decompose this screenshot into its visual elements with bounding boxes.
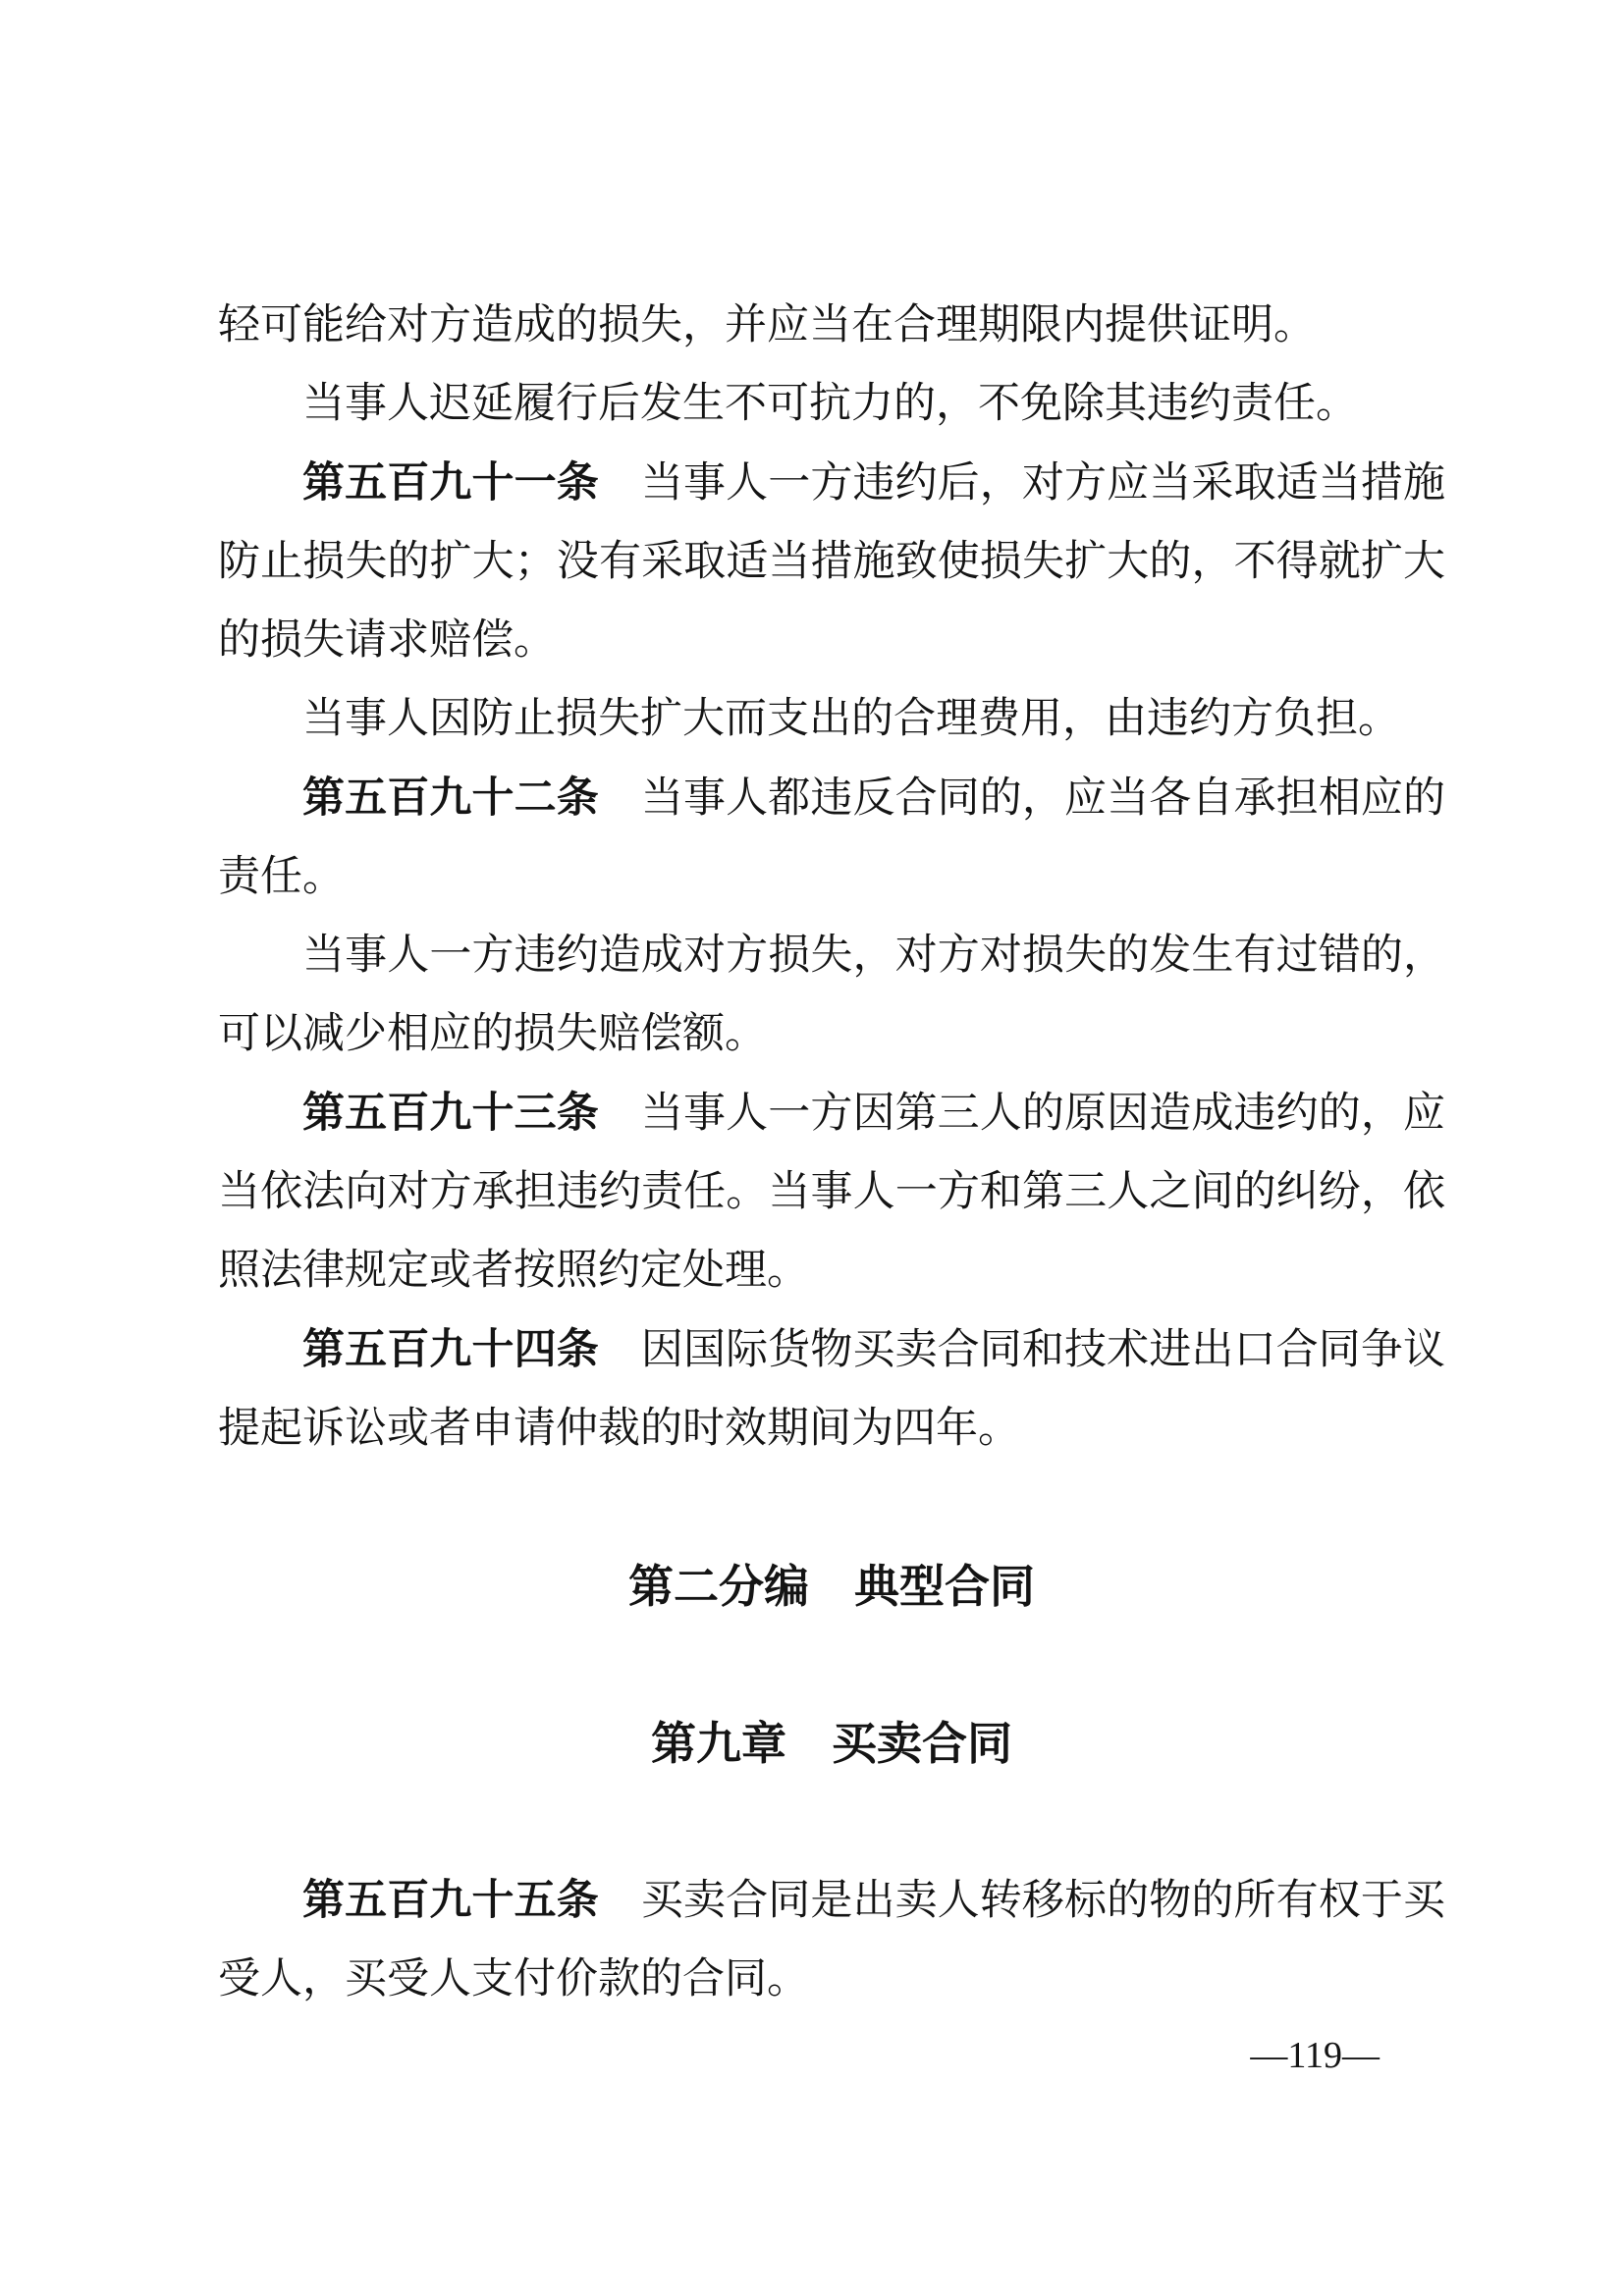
part-heading: 第二分编 典型合同 <box>218 1547 1445 1626</box>
page: 轻可能给对方造成的损失，并应当在合理期限内提供证明。 当事人迟延履行后发生不可抗… <box>0 0 1624 2296</box>
article-591-number: 第五百九十一条 <box>302 459 599 507</box>
paragraph-force-majeure: 当事人迟延履行后发生不可抗力的，不免除其违约责任。 <box>218 365 1445 444</box>
article-594-number: 第五百九十四条 <box>302 1326 599 1373</box>
article-592: 第五百九十二条当事人都违反合同的，应当各自承担相应的责任。 <box>218 759 1445 917</box>
paragraph-continuation: 轻可能给对方造成的损失，并应当在合理期限内提供证明。 <box>218 287 1445 365</box>
article-594: 第五百九十四条因国际货物买卖合同和技术进出口合同争议提起诉讼或者申请仲裁的时效期… <box>218 1310 1445 1468</box>
paragraph-591-2: 当事人因防止损失扩大而支出的合理费用，由违约方负担。 <box>218 680 1445 759</box>
document-body: 轻可能给对方造成的损失，并应当在合理期限内提供证明。 当事人迟延履行后发生不可抗… <box>218 0 1445 2019</box>
paragraph-592-2: 当事人一方违约造成对方损失，对方对损失的发生有过错的，可以减少相应的损失赔偿额。 <box>218 917 1445 1074</box>
chapter-heading: 第九章 买卖合同 <box>218 1704 1445 1783</box>
article-592-number: 第五百九十二条 <box>302 774 599 822</box>
article-591: 第五百九十一条当事人一方违约后，对方应当采取适当措施防止损失的扩大；没有采取适当… <box>218 444 1445 680</box>
article-593: 第五百九十三条当事人一方因第三人的原因造成违约的，应当依法向对方承担违约责任。当… <box>218 1074 1445 1310</box>
article-595: 第五百九十五条买卖合同是出卖人转移标的物的所有权于买受人，买受人支付价款的合同。 <box>218 1861 1445 2019</box>
article-593-number: 第五百九十三条 <box>302 1090 599 1137</box>
page-number: —119— <box>1250 2034 1380 2077</box>
article-595-number: 第五百九十五条 <box>302 1877 599 1924</box>
